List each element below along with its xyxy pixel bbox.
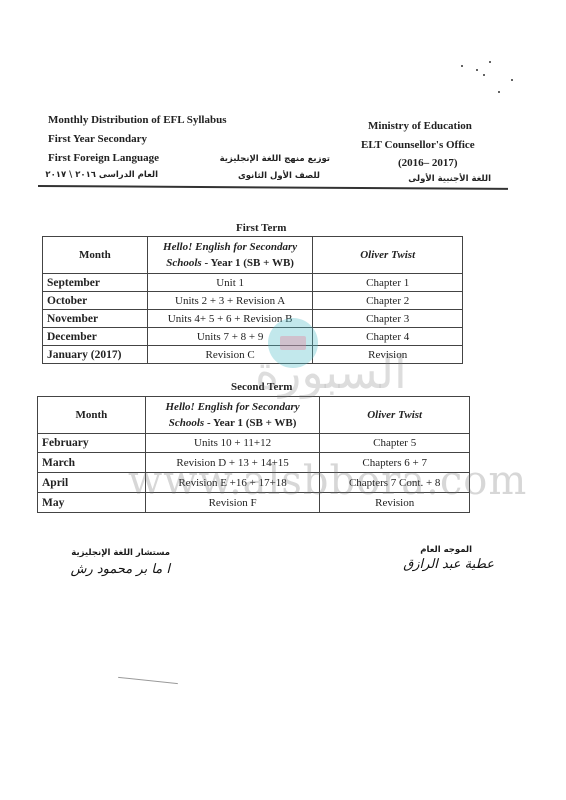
col-textbook: Hello! English for Secondary Schools - Y… <box>147 237 313 274</box>
textbook-cell: Revision F <box>145 493 320 513</box>
table-row: February Units 10 + 11+12 Chapter 5 <box>38 434 470 453</box>
grade-label: First Year Secondary <box>48 133 147 145</box>
ministry-name: Ministry of Education <box>368 120 472 132</box>
general-supervisor-signature: عطية عبد الرازق <box>404 557 494 572</box>
table-row: May Revision F Revision <box>38 493 470 513</box>
table-row: March Revision D + 13 + 14+15 Chapters 6… <box>38 453 470 473</box>
month-cell: September <box>43 274 148 292</box>
speck <box>461 65 463 67</box>
novel-cell: Chapter 1 <box>313 274 463 292</box>
novel-cell: Chapter 4 <box>313 328 463 346</box>
textbook-title-2: Schools <box>166 257 201 269</box>
novel-cell: Chapters 7 Cont. + 8 <box>320 473 470 493</box>
pen-mark <box>118 677 178 684</box>
month-cell: December <box>43 328 148 346</box>
textbook-level: - Year 1 (SB + WB) <box>204 417 296 429</box>
month-cell: October <box>43 292 148 310</box>
textbook-cell: Revision E +16 + 17+18 <box>145 473 320 493</box>
header-divider <box>38 185 508 190</box>
academic-year-ar: العام الدراسى ٢٠١٦ \ ٢٠١٧ <box>48 170 158 180</box>
counsellor-signature: ا ما بر محمود رش <box>60 562 170 577</box>
textbook-cell: Revision D + 13 + 14+15 <box>145 453 320 473</box>
novel-cell: Revision <box>320 493 470 513</box>
speck <box>498 91 500 93</box>
month-cell: April <box>38 473 146 493</box>
novel-cell: Chapter 3 <box>313 310 463 328</box>
col-month: Month <box>43 237 148 274</box>
novel-cell: Chapters 6 + 7 <box>320 453 470 473</box>
year-range: (2016– 2017) <box>398 157 458 169</box>
table-row: January (2017) Revision C Revision <box>43 346 463 364</box>
month-cell: February <box>38 434 146 453</box>
speck <box>476 69 478 71</box>
textbook-title: Hello! English for Secondary <box>166 401 300 413</box>
counsellor-title: مستشار اللغة الإنجليزية <box>60 548 170 558</box>
textbook-level: - Year 1 (SB + WB) <box>202 257 294 269</box>
textbook-cell: Unit 1 <box>147 274 313 292</box>
month-cell: November <box>43 310 148 328</box>
first-foreign-language-ar: اللغة الأجنبية الأولى <box>383 174 491 184</box>
col-textbook: Hello! English for Secondary Schools - Y… <box>145 397 320 434</box>
table-row: November Units 4+ 5 + 6 + Revision B Cha… <box>43 310 463 328</box>
month-cell: January (2017) <box>43 346 148 364</box>
textbook-title: Hello! English for Secondary <box>163 241 297 253</box>
month-cell: May <box>38 493 146 513</box>
second-term-title: Second Term <box>231 381 292 393</box>
textbook-title-2: Schools <box>169 417 204 429</box>
first-term-title: First Term <box>236 222 286 234</box>
table-row: April Revision E +16 + 17+18 Chapters 7 … <box>38 473 470 493</box>
first-term-table: Month Hello! English for Secondary Schoo… <box>42 236 463 364</box>
table-header-row: Month Hello! English for Secondary Schoo… <box>38 397 470 434</box>
textbook-cell: Units 7 + 8 + 9 <box>147 328 313 346</box>
speck <box>483 74 485 76</box>
textbook-cell: Units 4+ 5 + 6 + Revision B <box>147 310 313 328</box>
grade-ar: للصف الأول الثانوى <box>220 171 320 181</box>
novel-cell: Chapter 5 <box>320 434 470 453</box>
doc-title: Monthly Distribution of EFL Syllabus <box>48 114 227 126</box>
second-term-table: Month Hello! English for Secondary Schoo… <box>37 396 470 513</box>
syllabus-title-ar: توزيع منهج اللغة الإنجليزية <box>200 154 330 164</box>
col-novel: Oliver Twist <box>320 397 470 434</box>
textbook-cell: Revision C <box>147 346 313 364</box>
col-novel: Oliver Twist <box>313 237 463 274</box>
textbook-cell: Units 2 + 3 + Revision A <box>147 292 313 310</box>
table-row: December Units 7 + 8 + 9 Chapter 4 <box>43 328 463 346</box>
office-name: ELT Counsellor's Office <box>361 139 475 151</box>
general-supervisor-title: الموجه العام <box>418 545 472 555</box>
novel-cell: Chapter 2 <box>313 292 463 310</box>
speck <box>511 79 513 81</box>
month-cell: March <box>38 453 146 473</box>
language-label: First Foreign Language <box>48 152 159 164</box>
table-header-row: Month Hello! English for Secondary Schoo… <box>43 237 463 274</box>
novel-cell: Revision <box>313 346 463 364</box>
table-row: September Unit 1 Chapter 1 <box>43 274 463 292</box>
speck <box>489 61 491 63</box>
textbook-cell: Units 10 + 11+12 <box>145 434 320 453</box>
table-row: October Units 2 + 3 + Revision A Chapter… <box>43 292 463 310</box>
col-month: Month <box>38 397 146 434</box>
